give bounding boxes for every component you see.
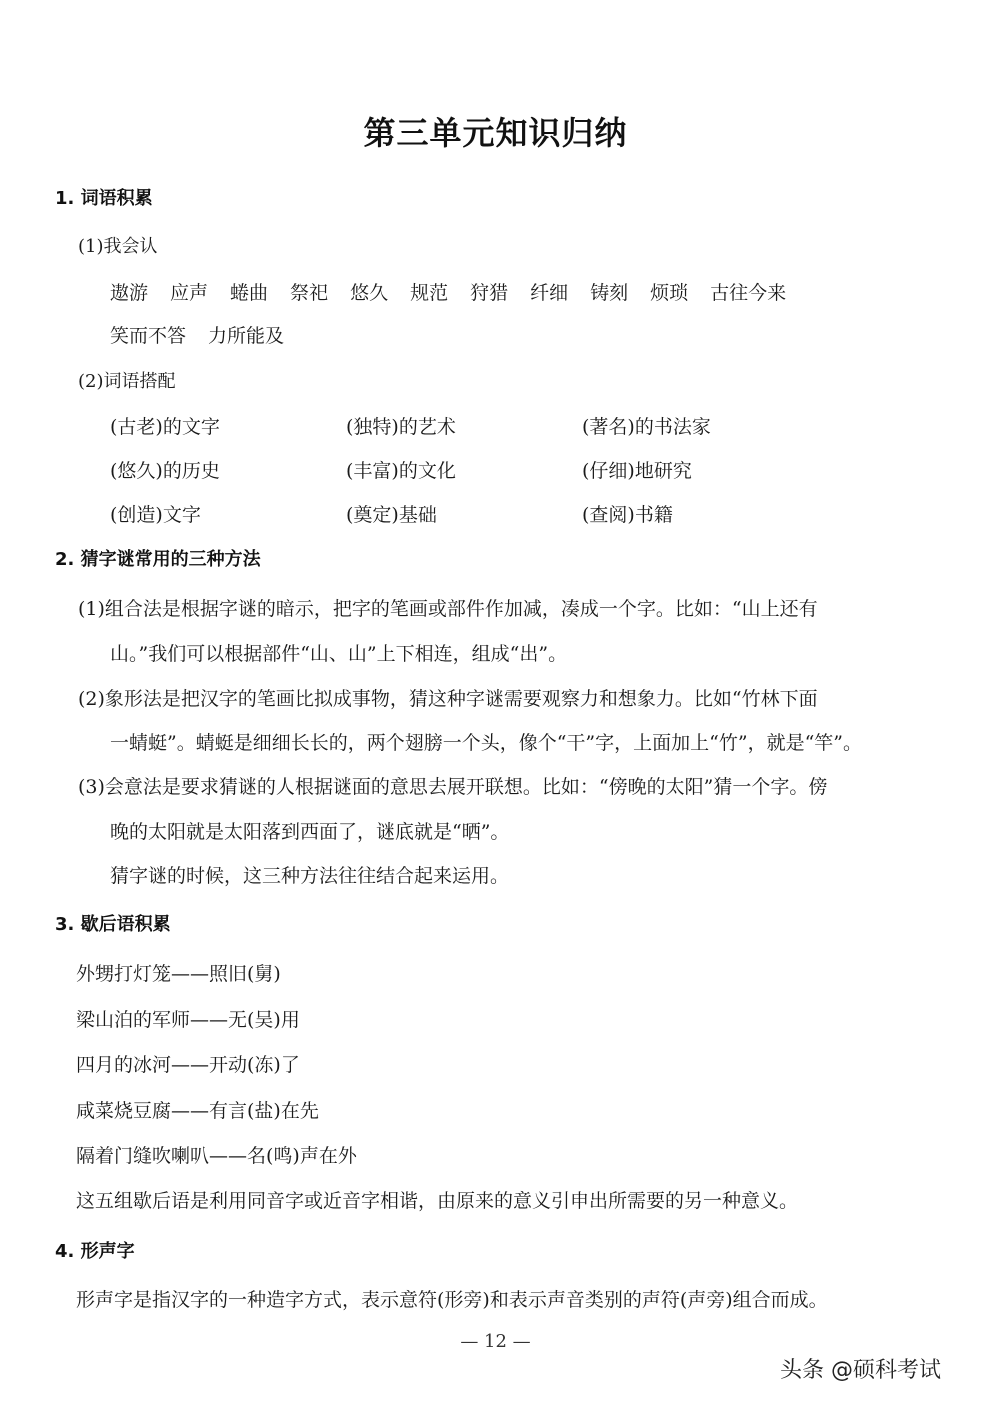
word: 笑而不答	[110, 325, 186, 347]
word: 纤细	[530, 282, 568, 304]
collocation-cell: (奠定)基础	[346, 500, 437, 527]
subsection-collocation-label: (2)词语搭配	[78, 367, 176, 393]
paragraph-line: 晚的太阳就是太阳落到西面了，谜底就是“晒”。	[110, 817, 509, 844]
page-number: — 12 —	[0, 1331, 991, 1352]
section-4-heading: 4. 形声字	[55, 1237, 135, 1263]
recognize-words-row-1: 遨游应声蜷曲祭祀悠久规范狩猎纤细铸刻烦琐古往今来	[110, 278, 808, 305]
paragraph-line: 一蜻蜓”。蜻蜓是细细长长的，两个翅膀一个头，像个“干”字，上面加上“竹”，就是“…	[110, 728, 862, 755]
word: 祭祀	[290, 282, 328, 304]
word: 遨游	[110, 282, 148, 304]
xiehouyu-item: 隔着门缝吹喇叭——名(鸣)声在外	[76, 1141, 357, 1168]
collocation-cell: (悠久)的历史	[110, 456, 220, 483]
word: 蜷曲	[230, 282, 268, 304]
section-1-heading: 1. 词语积累	[55, 184, 153, 210]
word: 悠久	[350, 282, 388, 304]
section-3-heading: 3. 歇后语积累	[55, 910, 171, 936]
collocation-cell: (独特)的艺术	[346, 412, 456, 439]
collocation-cell: (查阅)书籍	[582, 500, 673, 527]
paragraph-line: (3)会意法是要求猜谜的人根据谜面的意思去展开联想。比如：“傍晚的太阳”猜一个字…	[78, 772, 827, 799]
xingshengzi-text: 形声字是指汉字的一种造字方式，表示意符(形旁)和表示声音类别的声符(声旁)组合而…	[76, 1285, 828, 1312]
collocation-cell: (著名)的书法家	[582, 412, 711, 439]
page-title: 第三单元知识归纳	[0, 108, 991, 154]
word: 规范	[410, 282, 448, 304]
collocation-cell: (仔细)地研究	[582, 456, 692, 483]
collocation-cell: (丰富)的文化	[346, 456, 456, 483]
section-2-heading: 2. 猜字谜常用的三种方法	[55, 545, 261, 571]
paragraph-line: (2)象形法是把汉字的笔画比拟成事物，猜这种字谜需要观察力和想象力。比如“竹林下…	[78, 684, 818, 711]
word: 铸刻	[590, 282, 628, 304]
word: 狩猎	[470, 282, 508, 304]
xiehouyu-item: 外甥打灯笼——照旧(舅)	[76, 959, 281, 986]
word: 力所能及	[208, 325, 284, 347]
word: 烦琐	[650, 282, 688, 304]
watermark: 头条 @硕科考试	[780, 1353, 941, 1384]
collocation-cell: (古老)的文字	[110, 412, 220, 439]
xiehouyu-summary: 这五组歇后语是利用同音字或近音字相谐，由原来的意义引申出所需要的另一种意义。	[76, 1186, 798, 1213]
word: 应声	[170, 282, 208, 304]
word: 古往今来	[710, 282, 786, 304]
paragraph-line: (1)组合法是根据字谜的暗示，把字的笔画或部件作加减，凑成一个字。比如：“山上还…	[78, 594, 818, 621]
xiehouyu-item: 四月的冰河——开动(冻)了	[76, 1050, 300, 1077]
paragraph-line: 山。”我们可以根据部件“山、山”上下相连，组成“出”。	[110, 639, 567, 666]
paragraph-line: 猜字谜的时候，这三种方法往往结合起来运用。	[110, 861, 509, 888]
recognize-words-row-2: 笑而不答力所能及	[110, 321, 306, 348]
collocation-cell: (创造)文字	[110, 500, 201, 527]
xiehouyu-item: 咸菜烧豆腐——有言(盐)在先	[76, 1096, 319, 1123]
xiehouyu-item: 梁山泊的军师——无(吴)用	[76, 1005, 300, 1032]
subsection-recognize-label: (1)我会认	[78, 232, 158, 258]
